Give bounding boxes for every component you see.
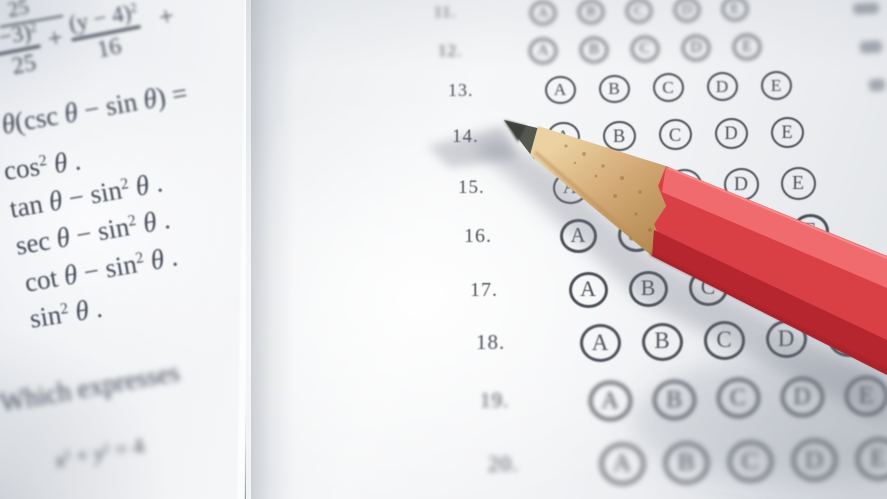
wood-speckle [595,175,598,178]
wood-speckle [574,162,576,164]
wood-speckle [613,194,617,198]
wood-speckle [601,164,604,167]
wood-speckle [629,237,632,240]
pencil [0,0,887,499]
wood-speckle [634,212,637,215]
wood-speckle [582,152,586,156]
photo-scene: 25 −3)2 25 + (y − 4)2 16 + θ(csc θ − sin… [0,0,887,499]
wood-speckle [638,190,642,194]
wood-speckle [620,176,624,180]
wood-speckle [648,228,652,232]
wood-speckle [564,144,567,147]
